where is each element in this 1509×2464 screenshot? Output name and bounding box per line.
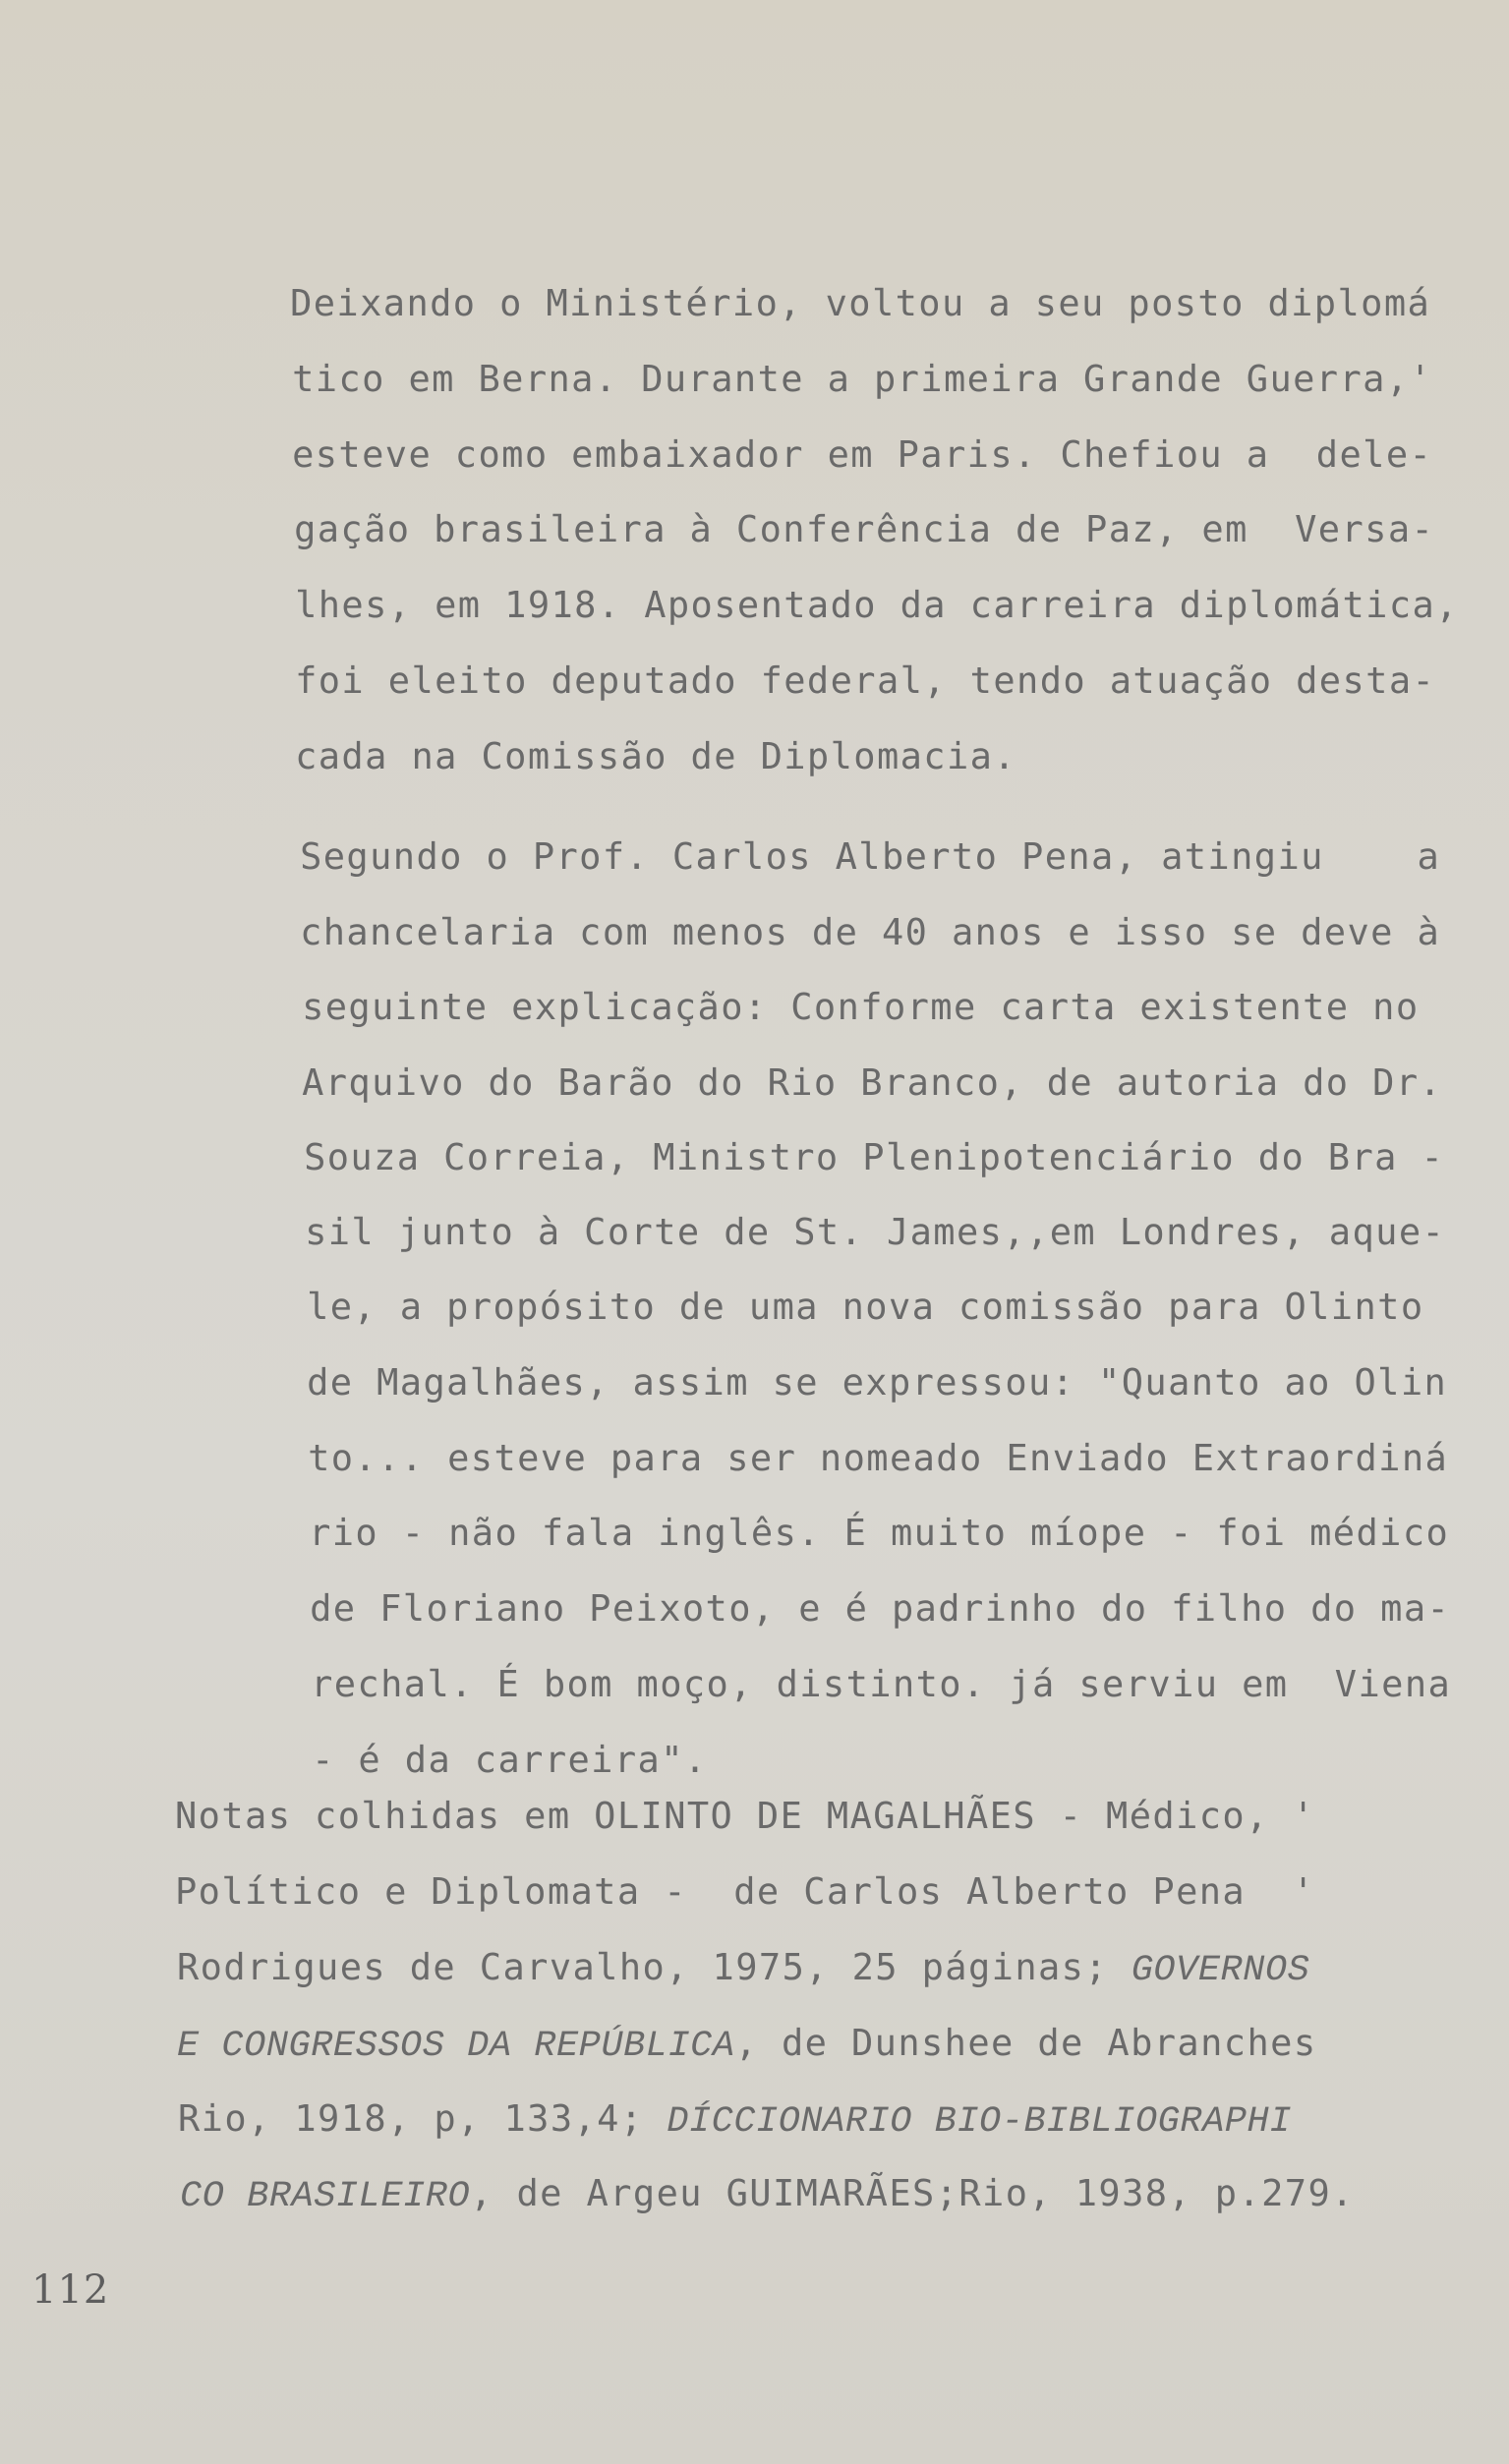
- line-text: Rodrigues de Carvalho, 1975, 25 páginas;: [177, 1946, 1132, 1988]
- text-line: CO BRASILEIRO, de Argeu GUIMARÃES;Rio, 1…: [180, 2172, 1355, 2218]
- text-line: Rodrigues de Carvalho, 1975, 25 páginas;…: [177, 1946, 1309, 1992]
- title-text: E CONGRESSOS DA REPÚBLICA: [177, 2026, 735, 2067]
- document-page: Deixando o Ministério, voltou a seu post…: [0, 0, 1509, 2464]
- text-line: Político e Diplomata - de Carlos Alberto…: [175, 1870, 1315, 1914]
- line-text: - é da carreira".: [312, 1739, 708, 1781]
- line-text: Rio, 1918, p, 133,4;: [178, 2097, 667, 2140]
- text-line: E CONGRESSOS DA REPÚBLICA, de Dunshee de…: [177, 2022, 1317, 2068]
- line-text: cada na Comissão de Diplomacia.: [295, 735, 1016, 777]
- text-line: Notas colhidas em OLINTO DE MAGALHÃES - …: [175, 1795, 1315, 1838]
- line-text: Político e Diplomata - de Carlos Alberto…: [175, 1870, 1315, 1913]
- line-text: , de Dunshee de Abranches: [735, 2022, 1317, 2064]
- text-line: Rio, 1918, p, 133,4; DÍCCIONARIO BIO-BIB…: [178, 2097, 1292, 2144]
- title-text: CO BRASILEIRO: [180, 2176, 470, 2217]
- line-text: Notas colhidas em OLINTO DE MAGALHÃES - …: [175, 1795, 1315, 1837]
- title-text: GOVERNOS: [1132, 1950, 1310, 1991]
- title-text: DÍCCIONARIO BIO-BIBLIOGRAPHI: [667, 2101, 1292, 2143]
- page-number: 112: [31, 2267, 109, 2313]
- line-text: , de Argeu GUIMARÃES;Rio, 1938, p.279.: [470, 2172, 1355, 2214]
